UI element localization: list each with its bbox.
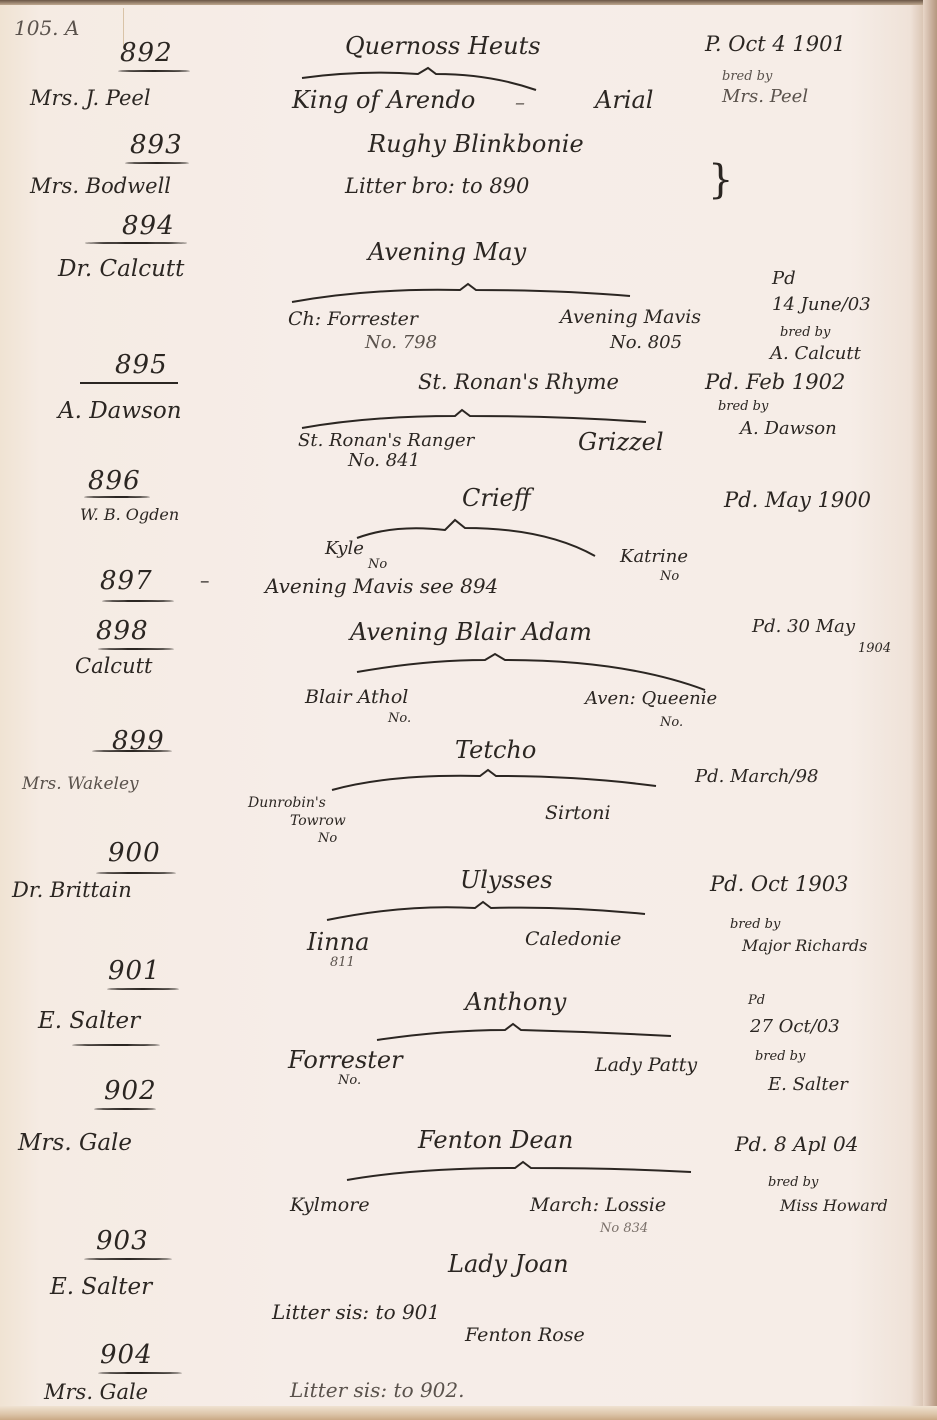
owner-name: Mrs. Gale bbox=[44, 1382, 148, 1403]
owner-name: A. Dawson bbox=[58, 400, 182, 423]
date-prefix: Pd bbox=[748, 994, 765, 1007]
owner-name: Dr. Calcutt bbox=[58, 258, 184, 281]
litter-note: Litter sis: to 902. bbox=[290, 1380, 465, 1400]
sire-name: Kylmore bbox=[290, 1196, 370, 1215]
cross-reference-note: Avening Mavis see 894 bbox=[265, 576, 498, 596]
entry-number: 903 bbox=[96, 1228, 149, 1254]
owner-name: Mrs. Wakeley bbox=[22, 776, 139, 793]
bred-by-label: bred by bbox=[730, 918, 780, 931]
owner-name: Calcutt bbox=[75, 656, 152, 677]
underline bbox=[118, 70, 190, 72]
sire-name: Kyle bbox=[325, 540, 364, 558]
dog-name: Crieff bbox=[462, 486, 531, 510]
registration-year: 1904 bbox=[858, 642, 891, 655]
entry-number: 901 bbox=[108, 958, 161, 984]
dog-name: Avening May bbox=[368, 240, 526, 264]
sire-name: King of Arendo bbox=[292, 88, 475, 112]
bred-by-label: bred by bbox=[722, 70, 772, 83]
sire-number: No. 841 bbox=[348, 452, 420, 470]
pedigree-brace bbox=[345, 1160, 695, 1182]
breeder-name: Miss Howard bbox=[780, 1198, 888, 1214]
entry-number: 904 bbox=[100, 1342, 153, 1368]
sire-name: Dunrobin's bbox=[248, 796, 326, 810]
dam-name: Grizzel bbox=[578, 430, 664, 454]
date-prefix: Pd bbox=[772, 270, 796, 288]
dog-name: Anthony bbox=[465, 990, 566, 1014]
underline bbox=[125, 162, 189, 164]
entry-number: 900 bbox=[108, 840, 161, 866]
sire-name: Iinna bbox=[307, 930, 369, 954]
entry-number: 893 bbox=[130, 132, 183, 158]
dog-name: St. Ronan's Rhyme bbox=[418, 372, 619, 393]
owner-name: W. B. Ogden bbox=[80, 507, 179, 523]
owner-name: Mrs. Bodwell bbox=[30, 176, 171, 197]
breeder-name: A. Calcutt bbox=[770, 345, 861, 363]
entry-dash: – bbox=[200, 572, 210, 591]
entry-number: 892 bbox=[120, 40, 173, 66]
registration-date: Pd. 30 May bbox=[752, 618, 855, 636]
litter-note: Litter sis: to 901 bbox=[272, 1302, 440, 1322]
dog-name: Lady Joan bbox=[448, 1252, 569, 1276]
bred-by-label: bred by bbox=[768, 1176, 818, 1189]
dam-name: Lady Patty bbox=[595, 1056, 697, 1075]
dog-name: Ulysses bbox=[460, 868, 553, 892]
underline bbox=[84, 1258, 172, 1260]
owner-name: Dr. Brittain bbox=[12, 880, 132, 901]
entry-number: 902 bbox=[104, 1078, 157, 1104]
underline bbox=[94, 1108, 156, 1110]
pedigree-brace bbox=[355, 652, 710, 692]
registration-date: Pd. May 1900 bbox=[724, 490, 871, 511]
breeder-name: Mrs. Peel bbox=[722, 88, 808, 106]
underline bbox=[96, 872, 176, 874]
registration-date: 14 June/03 bbox=[772, 296, 871, 314]
underline bbox=[98, 1372, 182, 1374]
entry-number: 896 bbox=[88, 468, 141, 494]
dam-name: Arial bbox=[595, 88, 653, 112]
dog-name: Avening Blair Adam bbox=[350, 620, 592, 644]
pedigree-brace bbox=[330, 768, 660, 794]
register-page: 105. A 892 Mrs. J. Peel Quernoss Heuts K… bbox=[0, 0, 937, 1420]
dam-number: No 834 bbox=[600, 1222, 648, 1235]
bred-by-label: bred by bbox=[755, 1050, 805, 1063]
entry-number: 897 bbox=[100, 568, 153, 594]
sire-name: Ch: Forrester bbox=[288, 310, 418, 329]
sire-number: No bbox=[368, 558, 387, 571]
dam-name: Aven: Queenie bbox=[585, 690, 717, 708]
sire-name-line2: Towrow bbox=[290, 814, 346, 828]
pedigree-brace bbox=[290, 282, 635, 304]
registration-date: Pd. March/98 bbox=[695, 768, 819, 786]
dam-name: Katrine bbox=[620, 548, 688, 566]
sire-number: No. bbox=[388, 712, 411, 725]
dog-name: Fenton Dean bbox=[418, 1128, 573, 1152]
underline bbox=[80, 382, 178, 384]
sire-name: St. Ronan's Ranger bbox=[298, 432, 474, 450]
underline bbox=[85, 242, 187, 244]
dam-name: Sirtoni bbox=[545, 804, 611, 823]
registration-date: P. Oct 4 1901 bbox=[705, 34, 846, 55]
registration-date: 27 Oct/03 bbox=[750, 1018, 840, 1036]
bred-by-label: bred by bbox=[718, 400, 768, 413]
owner-name: Mrs. Gale bbox=[18, 1132, 132, 1155]
registration-date: Pd. Feb 1902 bbox=[705, 372, 845, 393]
dog-name: Rughy Blinkbonie bbox=[368, 132, 584, 156]
dam-number: No. 805 bbox=[610, 334, 682, 352]
owner-name: Mrs. J. Peel bbox=[30, 88, 151, 109]
underline bbox=[84, 496, 150, 498]
bred-by-label: bred by bbox=[780, 326, 830, 339]
owner-name: E. Salter bbox=[50, 1276, 152, 1299]
page-top-edge bbox=[0, 0, 937, 5]
dam-name: Caledonie bbox=[525, 930, 621, 949]
dam-name: Avening Mavis bbox=[560, 308, 701, 327]
registration-date: Pd. Oct 1903 bbox=[710, 874, 848, 895]
dog-name: Fenton Rose bbox=[465, 1326, 585, 1345]
sire-number: 811 bbox=[330, 956, 355, 969]
page-binding-edge bbox=[923, 0, 937, 1420]
sire-number: No bbox=[318, 832, 337, 845]
dog-name: Quernoss Heuts bbox=[345, 34, 541, 58]
dog-name: Tetcho bbox=[455, 738, 536, 762]
sire-number: No. bbox=[338, 1074, 361, 1087]
litter-note: Litter bro: to 890 bbox=[345, 176, 529, 197]
registration-date: Pd. 8 Apl 04 bbox=[735, 1134, 859, 1154]
dam-number: No. bbox=[660, 716, 683, 729]
entry-number: 895 bbox=[115, 352, 168, 378]
breeder-name: E. Salter bbox=[768, 1076, 848, 1094]
owner-name: E. Salter bbox=[38, 1010, 140, 1033]
underline bbox=[92, 750, 172, 752]
breeder-name: Major Richards bbox=[742, 938, 867, 954]
page-bottom-edge bbox=[0, 1406, 937, 1420]
pedigree-brace bbox=[375, 1022, 675, 1044]
bracket-mark: } bbox=[708, 160, 733, 200]
owner-underline bbox=[72, 1044, 160, 1046]
breeder-name: A. Dawson bbox=[740, 420, 837, 438]
entry-number: 894 bbox=[122, 213, 175, 239]
entry-number: 898 bbox=[96, 618, 149, 644]
pedigree-brace bbox=[325, 900, 650, 926]
dam-name: March: Lossie bbox=[530, 1196, 666, 1215]
pedigree-brace bbox=[300, 408, 650, 430]
sire-name: Blair Athol bbox=[305, 688, 408, 707]
sire-name: Forrester bbox=[288, 1048, 403, 1072]
underline bbox=[98, 648, 174, 650]
folio-number: 105. A bbox=[14, 18, 79, 38]
dam-number: No bbox=[660, 570, 679, 583]
underline bbox=[107, 988, 179, 990]
sire-number: No. 798 bbox=[365, 334, 437, 352]
underline bbox=[102, 600, 174, 602]
